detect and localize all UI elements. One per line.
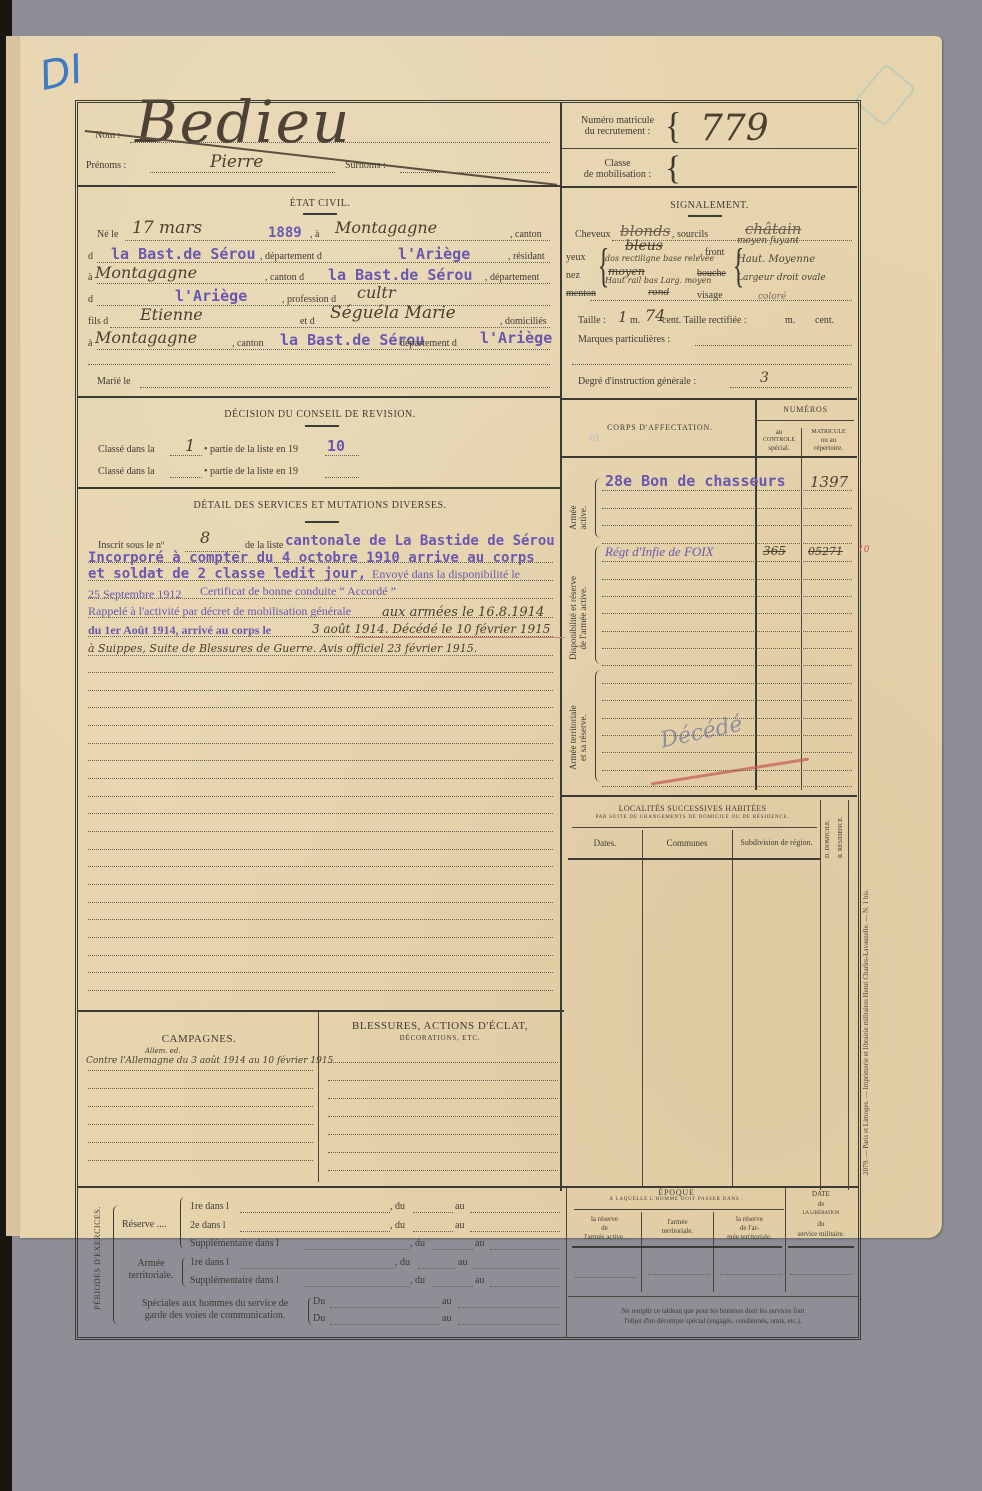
marques-label: Marques particulières : [578, 334, 670, 345]
line [240, 1212, 390, 1213]
line [325, 477, 359, 478]
yeux-value: bleus [625, 238, 663, 254]
fils-label: fils d [88, 316, 108, 327]
campagnes-title: CAMPAGNES. [80, 1033, 318, 1045]
d-label: d [88, 251, 93, 262]
controle-entry-2: 365 [763, 544, 786, 558]
brace [182, 1257, 187, 1287]
col-communes: Communes [643, 838, 731, 848]
campagnes-entry: Contre l'Allemagne du 3 août 1914 au 10 … [86, 1056, 333, 1066]
corps-entry-1: 28e Bon de chasseurs [605, 472, 786, 490]
father-value: Etienne [140, 305, 203, 324]
line [305, 1249, 410, 1250]
sourcils-label: , sourcils [672, 229, 708, 240]
matricule-entry-2: 05271 [808, 545, 843, 558]
line [572, 364, 852, 365]
line [720, 1274, 782, 1275]
canton-label: , canton [510, 229, 542, 240]
line [648, 1274, 710, 1275]
divider [572, 827, 817, 828]
au-label: au [455, 1220, 464, 1231]
nez-dos-value: dos rectiligne base relevée [605, 254, 714, 263]
column-divider [820, 800, 821, 1190]
du-label: , du [410, 1238, 425, 1249]
service-line-11: à Suippes, Suite de Blessures de Guerre.… [88, 642, 477, 655]
line [473, 1268, 560, 1269]
line [330, 1307, 440, 1308]
front-label: , front [700, 247, 724, 258]
column-divider [732, 830, 733, 1186]
brace: { [665, 150, 681, 188]
brace: { [733, 238, 745, 293]
epoque-col-territoriale: l'arméeterritoriale. [642, 1218, 713, 1236]
line [490, 1249, 560, 1250]
taille-cm-label: cent. Taille rectifiée : [662, 315, 747, 326]
column-divider [566, 1188, 567, 1338]
speciales-row-2: Du [313, 1313, 325, 1324]
line [240, 1231, 390, 1232]
brace [180, 1197, 185, 1249]
brace: { [665, 106, 681, 148]
printer-imprint: 2079. — Paris et Limoges. — Imprimerie e… [862, 889, 870, 1175]
col-subdivision: Subdivision de région. [733, 838, 820, 847]
bouche-value: Haut. Moyenne [737, 254, 815, 265]
instruction-value: 3 [760, 370, 769, 386]
line [730, 387, 852, 388]
ne-le-label: Né le [97, 229, 118, 240]
a-label: à [88, 272, 92, 283]
d-label: d [88, 294, 93, 305]
taille-label: Taille : [578, 315, 606, 326]
nez-label: nez [566, 270, 580, 281]
et-d-label: et d [300, 316, 315, 327]
au-label: au [475, 1275, 484, 1286]
visage-value: Largeur droit ovale [737, 273, 826, 283]
line [470, 1231, 560, 1232]
taille-rect-m: m. [785, 315, 795, 326]
matricule-entry-1: 1397 [810, 473, 848, 491]
line [433, 1249, 473, 1250]
blessures-title: BLESSURES, ACTIONS D'ÉCLAT, [320, 1020, 560, 1032]
line [575, 1277, 637, 1278]
services-title: DÉTAIL DES SERVICES ET MUTATIONS DIVERSE… [80, 500, 560, 511]
header-divider [572, 1246, 782, 1248]
service-line-5: 25 Septembre 1912 [88, 587, 181, 602]
signalement-title: SIGNALEMENT. [562, 200, 857, 211]
line [170, 477, 202, 478]
header-divider [568, 858, 820, 860]
prenoms-label: Prénoms : [86, 160, 126, 171]
au-label: au [458, 1257, 467, 1268]
canton2-value: la Bast.de Sérou [328, 266, 473, 284]
du-label: , du [395, 1257, 410, 1268]
reserve-label: Réserve .... [122, 1219, 167, 1230]
periodes-side-title: PÉRIODES D'EXERCICES. [93, 1198, 102, 1318]
territoriale-row-2: Supplémentaire dans l [190, 1275, 279, 1286]
col-controle-header: au CONTROLE spécial. [757, 428, 801, 452]
au-label: au [455, 1201, 464, 1212]
epoque-col-reserve-active: la réservedel'armée active. [568, 1215, 641, 1242]
canton-label: , canton d [265, 272, 304, 283]
service-line-10: 3 août 1914. Décédé le 10 février 1915 [312, 622, 550, 636]
column-divider [848, 800, 849, 1190]
nom-value: Bedieu [135, 88, 351, 156]
section-divider [78, 396, 560, 398]
yeux-label: yeux [566, 252, 585, 263]
departement-label: , département [485, 272, 539, 283]
residence-label: R. RÉSIDENCE. [838, 816, 844, 858]
canton-value: la Bast.de Sérou [111, 245, 256, 263]
line [790, 1274, 852, 1275]
section-divider [562, 795, 857, 797]
reserve-row-2: 2e dans l [190, 1220, 226, 1231]
line [433, 1286, 473, 1287]
au-label: au [442, 1313, 451, 1324]
departement-label: , département d [260, 251, 322, 262]
reserve-row-1: 1re dans l [190, 1201, 229, 1212]
a-label: à [88, 338, 92, 349]
corps-entry-2: Régt d'Infie de FOIX [605, 544, 714, 560]
etat-civil-title: ÉTAT CIVIL. [80, 198, 560, 209]
title-rule [305, 425, 339, 427]
taille-m-value: 1 [618, 308, 628, 326]
speciales-label: Spéciales aux hommes du service de garde… [120, 1298, 310, 1322]
line [330, 1324, 440, 1325]
faint-stamp: 01 [590, 433, 600, 444]
brace [595, 478, 601, 538]
profession-label: , profession d [282, 294, 336, 305]
reserve-row-3: Supplémentaire dans l [190, 1238, 279, 1249]
epoque-note: Ne remplir ce tableau que pour les homme… [568, 1306, 858, 1326]
taille-rect-cm: cent. [815, 315, 834, 326]
column-divider [642, 830, 643, 1186]
line [458, 1307, 560, 1308]
localites-title: LOCALITÉS SUCCESSIVES HABITÉES [565, 804, 820, 813]
matricule-label-2: du recrutement : [570, 126, 665, 137]
line [590, 300, 852, 301]
line [470, 1212, 560, 1213]
domicile-label: D. DOMICILE. [825, 820, 831, 858]
column-divider [560, 103, 562, 1191]
du-label: , du [410, 1275, 425, 1286]
departement-label: département d [400, 338, 457, 349]
au-label: au [475, 1238, 484, 1249]
profession-value: cultr [357, 283, 395, 302]
epoque-subtitle: A LAQUELLE L'HOMME DOIT PASSER DANS : [568, 1197, 785, 1202]
mother-value: Séguéla Marie [330, 303, 456, 323]
service-line-2: Incorporé à compter du 4 octobre 1910 ar… [88, 550, 535, 566]
line [413, 1212, 453, 1213]
title-rule [305, 521, 339, 523]
col-dates: Dates. [570, 838, 640, 848]
menton-extra: rond [648, 288, 669, 298]
line [97, 349, 550, 350]
corps-title: CORPS D'AFFECTATION. [565, 423, 755, 432]
divider [568, 1296, 858, 1297]
classe-label: Classé dans la [98, 444, 155, 455]
line [695, 345, 852, 346]
title-rule [688, 215, 722, 217]
line [170, 455, 202, 456]
inscrit-value: 8 [200, 528, 210, 547]
line [97, 283, 550, 284]
brace [595, 546, 601, 664]
header-divider [562, 456, 857, 458]
matricule-value: 779 [700, 108, 769, 149]
surnoms-line [400, 172, 550, 173]
menton-label: menton [566, 288, 596, 299]
section-divider [78, 487, 560, 489]
line [490, 1286, 560, 1287]
row-armee-active-label: Armée active. [568, 506, 588, 531]
service-line-1: cantonale de La Bastide de Sérou [285, 533, 555, 549]
surnoms-label: Surnoms : [345, 160, 386, 171]
canton-label: , canton [232, 338, 264, 349]
annee-value: 10 [327, 437, 345, 455]
brace [595, 670, 601, 782]
prenoms-line [150, 172, 335, 173]
divider [574, 1209, 784, 1210]
birth-day-month: 17 mars [132, 218, 202, 238]
brace [113, 1205, 119, 1325]
domicilies-label: , domiciliés [500, 316, 547, 327]
departement2-value: l'Ariège [175, 287, 247, 305]
line [458, 1324, 560, 1325]
localites-subtitle: PAR SUITE DE CHANGEMENTS DE DOMICILE OU … [565, 815, 820, 820]
col-matricule-header: MATRICULE ou au répertoire. [803, 428, 854, 452]
line [240, 1268, 395, 1269]
classe-label-2: de mobilisation : [570, 169, 665, 180]
header-divider [788, 1246, 854, 1248]
territoriale-row-1: 1re dans l [190, 1257, 229, 1268]
section-divider [562, 186, 857, 188]
line [305, 1286, 410, 1287]
service-line-6: Certificat de bonne conduite “ Accordé ” [200, 584, 396, 599]
blessures-subtitle: DÉCORATIONS, ETC. [320, 1034, 560, 1042]
row-disponibilite-label: Disponibilité et réserve de l'armée acti… [568, 576, 588, 660]
line [125, 240, 550, 241]
departement-value: l'Ariège [398, 245, 470, 263]
birth-year: 1889 [268, 225, 302, 241]
epoque-title: ÉPOQUE [568, 1188, 785, 1197]
a-label: , à [310, 229, 319, 240]
numeros-title: NUMÉROS [757, 405, 854, 414]
du-label: , du [390, 1220, 405, 1231]
column-divider [755, 400, 757, 790]
du-label: , du [390, 1201, 405, 1212]
conseil-title: DÉCISION DU CONSEIL DE REVISION. [80, 409, 560, 420]
line [418, 1268, 456, 1269]
taille-m-label: m. [630, 315, 640, 326]
section-divider [78, 185, 560, 187]
divider [757, 420, 854, 421]
margin-annotation: DI [36, 46, 87, 100]
birth-place: Montagagne [335, 218, 437, 237]
partie-label: • partie de la liste en 19 [204, 466, 298, 477]
territoriale-label: Armée territoriale. [120, 1258, 182, 1282]
menton-value: Haut rail bas Larg. moyen [605, 276, 711, 285]
speciales-row-1: Du [313, 1296, 325, 1307]
date-liberation-header: DATEde LA LIBÉRATION duservice militaire… [786, 1189, 856, 1239]
residant-label: , résidant [508, 251, 545, 262]
divider [562, 148, 857, 149]
line [140, 387, 550, 388]
line [325, 455, 359, 456]
column-divider [318, 1012, 319, 1182]
epoque-col-reserve-territoriale: la réservede l'ar-mée territoriale. [714, 1215, 785, 1242]
title-rule [303, 213, 337, 215]
prenoms-value: Pierre [210, 152, 263, 172]
matricule-label-1: Numéro matricule [570, 115, 665, 126]
line [88, 364, 550, 365]
section-divider [562, 398, 857, 400]
classe-label: Classé dans la [98, 466, 155, 477]
margin-note: 10 [858, 545, 869, 555]
red-underline [355, 637, 565, 638]
au-label: au [442, 1296, 451, 1307]
section-divider [78, 1010, 564, 1012]
marie-label: Marié le [97, 376, 131, 387]
departement3-value: l'Ariège [480, 329, 552, 347]
row-territoriale-label: Armée territoriale et sa réserve. [568, 705, 588, 770]
line [413, 1231, 453, 1232]
partie-label: • partie de la liste en 19 [204, 444, 298, 455]
classe-value: 1 [185, 436, 195, 455]
classe-label-1: Classe [570, 158, 665, 169]
front-value: moyen fuyant [737, 236, 799, 246]
residence-value: Montagagne [95, 263, 197, 282]
instruction-label: Degré d'instruction générale : [578, 376, 696, 387]
campagnes-note: Allem. ed. [145, 1047, 181, 1055]
parents-residence: Montagagne [95, 328, 197, 347]
